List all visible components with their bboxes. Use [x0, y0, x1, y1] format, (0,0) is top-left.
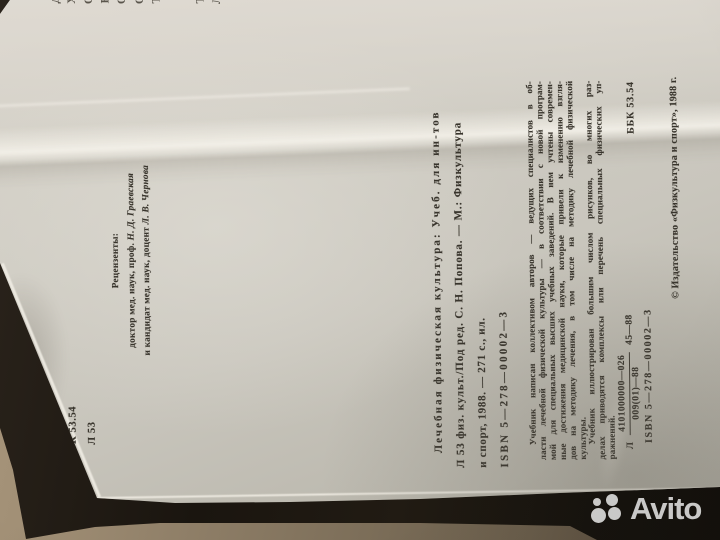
catalog-fraction: 4101000000—026 009(01)—88	[617, 352, 643, 435]
reviewer-name: Н. Д. Граевская	[126, 173, 137, 241]
catalog-letter: Л	[625, 442, 635, 450]
copyright-line: © Издательство «Физкультура и спорт», 19…	[668, 77, 681, 299]
reviewer-name: Л. В. Чернова	[141, 165, 152, 225]
clipped-text-fragments: ДХОБООТТЛ	[52, 0, 222, 8]
text-fragment: О	[132, 0, 149, 4]
book-title-line: Лечебная физическая культура: Учеб. для …	[429, 74, 446, 468]
page-printed-content: ББК 53.54 Л 53 Рецензенты: доктор мед. н…	[0, 0, 720, 540]
catalog-denominator: 009(01)—88	[630, 367, 643, 420]
text-fragment: Х	[64, 0, 81, 4]
catalog-numerator: 4101000000—026	[617, 352, 631, 435]
catalog-entry-block: Лечебная физическая культура: Учеб. для …	[429, 73, 521, 468]
catalog-number-block: Л 4101000000—026 009(01)—88 45—88	[616, 314, 642, 449]
bbk-code-bottom: ББК 53.54	[625, 81, 637, 134]
catalog-entry-line: и спорт, 1988. — 271 с., ил.	[473, 74, 490, 468]
reviewer-line: и кандидат мед. наук, доцент Л. В. Черно…	[139, 141, 157, 379]
photo-frame: ББК 53.54 Л 53 Рецензенты: доктор мед. н…	[0, 0, 720, 540]
text-fragment: О	[81, 0, 98, 4]
catalog-entry-line: Л 53 физ. культ./Под ред. С. Н. Попова. …	[451, 74, 468, 468]
avito-logo-icon	[591, 493, 625, 525]
reviewer-title: доктор мед. наук, проф.	[126, 240, 137, 348]
author-index-code: Л 53	[82, 406, 102, 459]
isbn-bottom: ISBN 5—278—00002—3	[642, 308, 654, 443]
watermark-label: Avito	[630, 493, 701, 525]
book-page: ББК 53.54 Л 53 Рецензенты: доктор мед. н…	[0, 0, 720, 540]
annotation-block: Учебник написан коллективом авторов — ве…	[525, 80, 618, 460]
text-fragment: Б	[98, 0, 115, 3]
catalog-suffix: 45—88	[624, 314, 634, 345]
text-fragment: Д	[52, 0, 65, 4]
text-fragment: Л	[209, 0, 222, 4]
text-fragment: Т	[192, 0, 209, 4]
avito-watermark: Avito	[591, 493, 701, 525]
text-fragment: О	[114, 0, 131, 4]
text-fragment: Т	[148, 0, 165, 4]
isbn-line: ISBN 5—278—00002—3	[495, 73, 512, 467]
reviewers-block: Рецензенты: доктор мед. наук, проф. Н. Д…	[108, 141, 157, 379]
reviewer-title: и кандидат мед. наук, доцент	[142, 224, 153, 355]
